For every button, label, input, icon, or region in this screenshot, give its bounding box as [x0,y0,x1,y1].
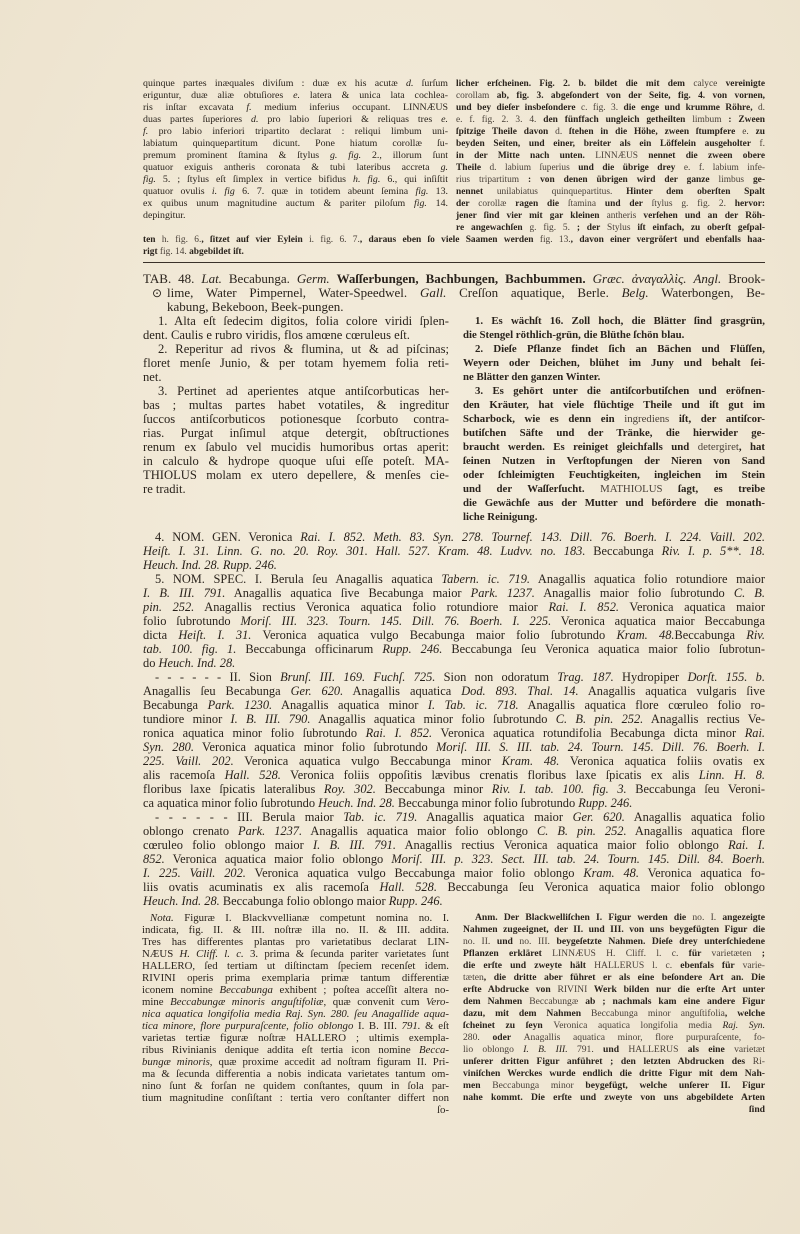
text-line: ſcheinet zu ſeyn Veronica aquatica longi… [463,1020,765,1032]
text-line: ribus Rivinianis denique addita eſt tert… [142,1044,449,1056]
text-line: quatuor exiguis antheris coronata & tubi… [143,162,448,174]
text-line: nino ſunt & forſan ne quidem conſtantes,… [142,1080,449,1092]
text-line: nica aquatica longifolia media Raj. Syn.… [142,1008,449,1020]
text-line: tæten, die dritte aber führet er als ein… [463,972,765,984]
text-line: NÆUS H. Cliff. l. c. 3. prima & ſecunda … [142,948,449,960]
text-line: 280. oder Anagallis aquatica minor, flor… [463,1032,765,1044]
text-line: die Gewächſe aus der Mutter und beförder… [463,496,765,510]
text-line: der corollæ ragen die ſtamina und der ſt… [456,198,765,210]
text-line: ronica aquatica minor folio ſubrotundo R… [143,726,765,740]
text-line: lio oblongo I. B. III. 791. und HALLERUS… [463,1044,765,1056]
text-line: nennet unilabiatus quinquepartitus. Hint… [456,186,765,198]
text-line: net. [143,370,449,384]
text-line: 2. Dieſe Pflanze findet ſich an Bächen u… [463,342,765,356]
nomenclature-section: 4. NOM. GEN. Veronica Rai. I. 852. Meth.… [143,530,765,908]
german-footnote-column: Anm. Der Blackwelliſchen I. Figur werden… [463,912,765,1116]
text-line: liis ovatis acuminatis ex alis racemoſa … [143,880,765,894]
text-line: premum prominent ſtamina & ſtylus g. fig… [143,150,448,162]
text-line: floret menſe Junio, & per totam hyemem f… [143,356,449,370]
text-line: e. f. fig. 2. 3. 4. den fünffach ungleic… [456,114,765,126]
text-line: 3. Pertinet ad aperientes atque antiſcor… [143,384,449,398]
text-line: varietas tertiæ figuræ noſtræ HALLERO ; … [142,1032,449,1044]
text-line: butiſchen Säfte und der Tränke, die hier… [463,426,765,440]
text-line: die erſte und zweyte hält HALLERUS l. c.… [463,960,765,972]
text-line: RIVINI operis prima exemplaria primæ tan… [142,972,449,984]
text-line: oblongo crenato Park. 1237. Anagallis aq… [143,824,765,838]
text-line: f. pro labio inferiori tripartito declar… [143,126,448,138]
text-line: ca aquatica minor folio ſubrotundo Heuch… [143,796,765,810]
text-line: cœruleo folio oblongo maior I. B. III. 7… [143,838,765,852]
text-line: Nahmen zugeeignet, der II. und III. von … [463,924,765,936]
text-line: 225. Vaill. 202. Veronica aquatica vulgo… [143,754,765,768]
continued-german-description-column: licher erſcheinen. Fig. 2. b. bildet die… [456,78,765,234]
text-line: in calculo & hydrope quoque uſui eſſe po… [143,454,449,468]
nomen-specificum-III: - - - - - - III. Berula maior Tab. ic. 7… [143,810,765,908]
text-line: Pflanzen erkläret LINNÆUS H. Cliff. l. c… [463,948,765,960]
text-line: Syn. 280. Veronica aquatica minor folio … [143,740,765,754]
annual-plant-symbol-icon: ⊙ [152,286,162,300]
text-line: no. II. und no. III. beygeſetzte Nahmen.… [463,936,765,948]
text-line: die Stengel röthlich-grün, die Blüthe ſc… [463,328,765,342]
text-line: duas partes ſuperiores d. pro labio ſupe… [143,114,448,126]
text-line: den Kräuter, hat viele flüchtige Theile … [463,398,765,412]
text-line: THIOLUS molam ex utero depellere, & menſ… [143,468,449,482]
text-line: Heuch. Ind. 28. Rupp. 246. [143,558,765,572]
text-line: liche Reinigung. [463,510,765,524]
text-line: Heuch. Ind. 28. Beccabunga folio oblongo… [143,894,765,908]
text-line: - - - - - - II. Sion Brunſ. III. 169. Fu… [143,670,765,684]
text-line: tica minore, flore purpuraſcente, folio … [142,1020,449,1032]
text-line: Anm. Der Blackwelliſchen I. Figur werden… [463,912,765,924]
nomen-specificum-II: - - - - - - II. Sion Brunſ. III. 169. Fu… [143,670,765,810]
text-line: licher erſcheinen. Fig. 2. b. bildet die… [456,78,765,90]
text-line: mine Beccabungæ minoris anguſtifoliæ, qu… [142,996,449,1008]
text-line: renum ex ſabulo vel mucidis humoribus or… [143,440,449,454]
text-line: depingitur. [143,210,448,222]
text-line: dicta Heiſt. I. 31. Veronica aquatica vu… [143,628,765,642]
text-line: 2. Reperitur ad rivos & flumina, ut & ad… [143,342,449,356]
text-line: Heiſt. I. 31. Linn. G. no. 20. Roy. 301.… [143,544,765,558]
text-line: eriguntur, duæ aliæ obtuſiores e. latera… [143,90,448,102]
text-line: und bey dieſer insbeſondere c. fig. 3. d… [456,102,765,114]
text-line: ris inſtar excavata f. medium inferius o… [143,102,448,114]
text-line: re angewachſen g. fig. 5. ; der Stylus i… [456,222,765,234]
text-line: dem Nahmen Beccabungæ ab ; nachmals kam … [463,996,765,1008]
text-line: ſind [463,1104,765,1116]
text-line: I. 225. Vaill. 202. Veronica aquatica vu… [143,866,765,880]
text-line: bungæ minoris, quæ proxime accedit ad no… [142,1056,449,1068]
text-line: braucht werden. Es reiniget gleichfalls … [463,440,765,454]
text-line: 4. NOM. GEN. Veronica Rai. I. 852. Meth.… [143,530,765,544]
text-line: oder ſchleimigten Feuchtigkeiten, inglei… [463,468,765,482]
plate-48-header: TAB. 48. Lat. Becabunga. Germ. Waſſerbun… [143,272,765,314]
text-line: bas ; multas partes habet votatiles, & i… [143,398,449,412]
text-line: Nota. Figuræ I. Blackvvellianæ competunt… [142,912,449,924]
continued-latin-description-column: quinque partes inæquales diviſum : duæ e… [143,78,448,222]
text-line: indicata, fig. II. & III. noſtræ illa no… [142,924,449,936]
text-line: 1. Es wächſt 16. Zoll hoch, die Blätter … [463,314,765,328]
text-line: dent. Caulis e rubro viridis, flos amœne… [143,328,449,342]
text-line: ex quibus unum magnitudine auctum & pari… [143,198,448,210]
text-line: und der Waſſerſucht. MATHIOLUS ſagt, es … [463,482,765,496]
text-line: iconem nomine Beccabunga exhibent ; poſt… [142,984,449,996]
text-line: labiatum quinquepartitum dicunt. Pone hi… [143,138,448,150]
nomen-specificum-I: 5. NOM. SPEC. I. Berula ſeu Anagallis aq… [143,572,765,670]
text-line: lime, Water Pimpernel, Water-Speedwel. G… [143,286,765,300]
text-line: HALLERO, ſed tertiam ut diſtinctam ſpeci… [142,960,449,972]
text-line: corollam ab, fig. 3. abgeſondert von der… [456,90,765,102]
text-line: 5. NOM. SPEC. I. Berula ſeu Anagallis aq… [143,572,765,586]
text-line: in der Mitte nach unten. LINNÆUS nennet … [456,150,765,162]
text-line: kabung, Bekeboon, Beek-pungen. [143,300,765,314]
text-line: ten h. fig. 6., ſitzet auf vier Eylein i… [143,234,765,246]
text-line: Tres has differentes plantas pro varieta… [142,936,449,948]
text-line: pin. 252. Anagallis rectius Veronica aqu… [143,600,765,614]
text-line: 852. Veronica aquatica maior folio oblon… [143,852,765,866]
text-line: tium magnitudine conſiſtant : tertia ver… [142,1092,449,1104]
german-description-column: 1. Es wächſt 16. Zoll hoch, die Blätter … [463,314,765,524]
text-line: viniſchen Werckes wurde endlich die drit… [463,1068,765,1080]
text-line: Anagallis ſeu Becabunga Ger. 620. Anagal… [143,684,765,698]
text-line: 1. Alta eſt ſedecim digitos, folia color… [143,314,449,328]
text-line: tundiore minor I. B. III. 790. Anagallis… [143,712,765,726]
text-line: nahe kommt. Die erſte und zweyte von uns… [463,1092,765,1104]
text-line: I. B. III. 791. Anagallis aquatica ſive … [143,586,765,600]
text-line: rias. Purgat inſimul atque detergit, obſ… [143,426,449,440]
text-line: fig. 5. ; ſtylus eſt ſimplex in vertice … [143,174,448,186]
text-line: tab. 100. fig. 1. Beccabunga officinarum… [143,642,765,656]
text-line: ſuccos antiſcorbuticos potionesque ſcorb… [143,412,449,426]
text-line: floribus laxe ſpicatis lateralibus Roy. … [143,782,765,796]
section-divider-rule [143,262,765,263]
text-line: - - - - - - III. Berula maior Tab. ic. 7… [143,810,765,824]
text-line: rius tripartitum : von denen übrigen wir… [456,174,765,186]
text-line: rigt fig. 14. abgebildet iſt. [143,246,765,258]
text-line: do Heuch. Ind. 28. [143,656,765,670]
latin-description-column: 1. Alta eſt ſedecim digitos, folia color… [143,314,449,496]
text-line: alis racemoſa Hall. 528. Veronica foliis… [143,768,765,782]
text-line: ma & ſecunda differentia a nobis indicat… [142,1068,449,1080]
text-line: beyden Seiten, und einer, breiter als ei… [456,138,765,150]
text-line: erſte Abdrucke von RIVINI Werk bilden nu… [463,984,765,996]
text-line: ſeinen Nutzen in Verſtopfungen der Niere… [463,454,765,468]
text-line: ſpitzige Theile davon d. ſtehen in die H… [456,126,765,138]
continued-german-full-width-lines: ten h. fig. 6., ſitzet auf vier Eylein i… [143,234,765,258]
text-line: Scharbock, wie es denn ein ingrediens iſ… [463,412,765,426]
latin-footnote-column: Nota. Figuræ I. Blackvvellianæ competunt… [142,912,449,1116]
text-line: Weyern oder Deichen, blühet im Juny und … [463,356,765,370]
text-line: re tradit. [143,482,449,496]
text-line: men Beccabunga minor beygefügt, welche u… [463,1080,765,1092]
text-line: folio ſubrotundo Moriſ. III. 323. Tourn.… [143,614,765,628]
text-line: ſo- [142,1104,449,1116]
nomen-genericum: 4. NOM. GEN. Veronica Rai. I. 852. Meth.… [143,530,765,572]
text-line: jener ſind vier mit gar kleinen antheris… [456,210,765,222]
text-line: dazu, mit dem Nahmen Beccabunga minor an… [463,1008,765,1020]
text-line: 3. Es gehört unter die antiſcorbutiſchen… [463,384,765,398]
text-line: quatuor ovulis i. fig 6. 7. quæ in totid… [143,186,448,198]
text-line: Becabunga Park. 1230. Anagallis aquatica… [143,698,765,712]
text-line: quinque partes inæquales diviſum : duæ e… [143,78,448,90]
text-line: Theile d. labium ſuperius und die übrige… [456,162,765,174]
text-line: ne Blätter den ganzen Winter. [463,370,765,384]
text-line: unſerer dritten Figur anführet ; den let… [463,1056,765,1068]
text-line: TAB. 48. Lat. Becabunga. Germ. Waſſerbun… [143,272,765,286]
